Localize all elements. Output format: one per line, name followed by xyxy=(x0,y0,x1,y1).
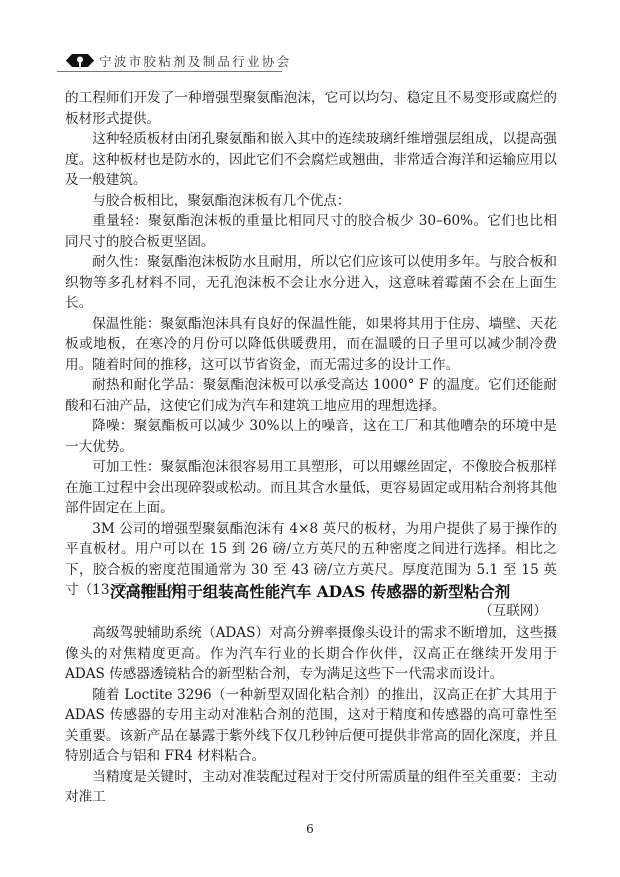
paragraph: 耐久性：聚氨酯泡沫板防水且耐用，所以它们应该可以使用多年。与胶合板和织物等多孔材… xyxy=(65,252,557,314)
article-2-title: 汉高推出用于组装高性能汽车 ADAS 传感器的新型粘合剂 xyxy=(0,580,620,602)
header-org-name: 宁波市胶粘剂及制品行业协会 xyxy=(99,52,291,70)
paragraph: 耐热和耐化学品：聚氨酯泡沫板可以承受高达 1000° F 的温度。它们还能耐酸和… xyxy=(65,375,557,416)
article-2-body: 高级驾驶辅助系统（ADAS）对高分辨率摄像头设计的需求不断增加，这些摄像头的对焦… xyxy=(65,623,557,808)
header-rule xyxy=(57,71,282,72)
paragraph: 的工程师们开发了一种增强型聚氨酯泡沫，它可以均匀、稳定且不易变形或腐烂的板材形式… xyxy=(65,88,557,129)
paragraph: 当精度是关键时，主动对准装配过程对于交付所需质量的组件至关重要：主动对准工 xyxy=(65,767,557,808)
paragraph: 这种轻质板材由闭孔聚氨酯和嵌入其中的连续玻璃纤维增强层组成，以提高强度。这种板材… xyxy=(65,129,557,191)
article-1-body: 的工程师们开发了一种增强型聚氨酯泡沫，它可以均匀、稳定且不易变形或腐烂的板材形式… xyxy=(65,88,557,621)
paragraph: 随着 Loctite 3296（一种新型双固化粘合剂）的推出，汉高正在扩大其用于… xyxy=(65,685,557,767)
paragraph: 可加工性：聚氨酯泡沫很容易用工具塑形，可以用螺丝固定，不像胶合板那样在施工过程中… xyxy=(65,457,557,519)
page-number: 6 xyxy=(0,822,620,836)
paragraph: 高级驾驶辅助系统（ADAS）对高分辨率摄像头设计的需求不断增加，这些摄像头的对焦… xyxy=(65,623,557,685)
association-logo-icon xyxy=(66,54,94,67)
article-source: （互联网） xyxy=(65,601,557,622)
paragraph: 与胶合板相比，聚氨酯泡沫板有几个优点： xyxy=(65,191,557,212)
paragraph: 降噪：聚氨酯板可以减少 30%以上的噪音，这在工厂和其他嘈杂的环境中是一大优势。 xyxy=(65,416,557,457)
paragraph: 保温性能：聚氨酯泡沫具有良好的保温性能，如果将其用于住房、墙壁、天花板或地板，在… xyxy=(65,314,557,376)
page-header: 宁波市胶粘剂及制品行业协会 xyxy=(57,50,282,72)
paragraph: 重量轻：聚氨酯泡沫板的重量比相同尺寸的胶合板少 30–60%。它们也比相同尺寸的… xyxy=(65,211,557,252)
